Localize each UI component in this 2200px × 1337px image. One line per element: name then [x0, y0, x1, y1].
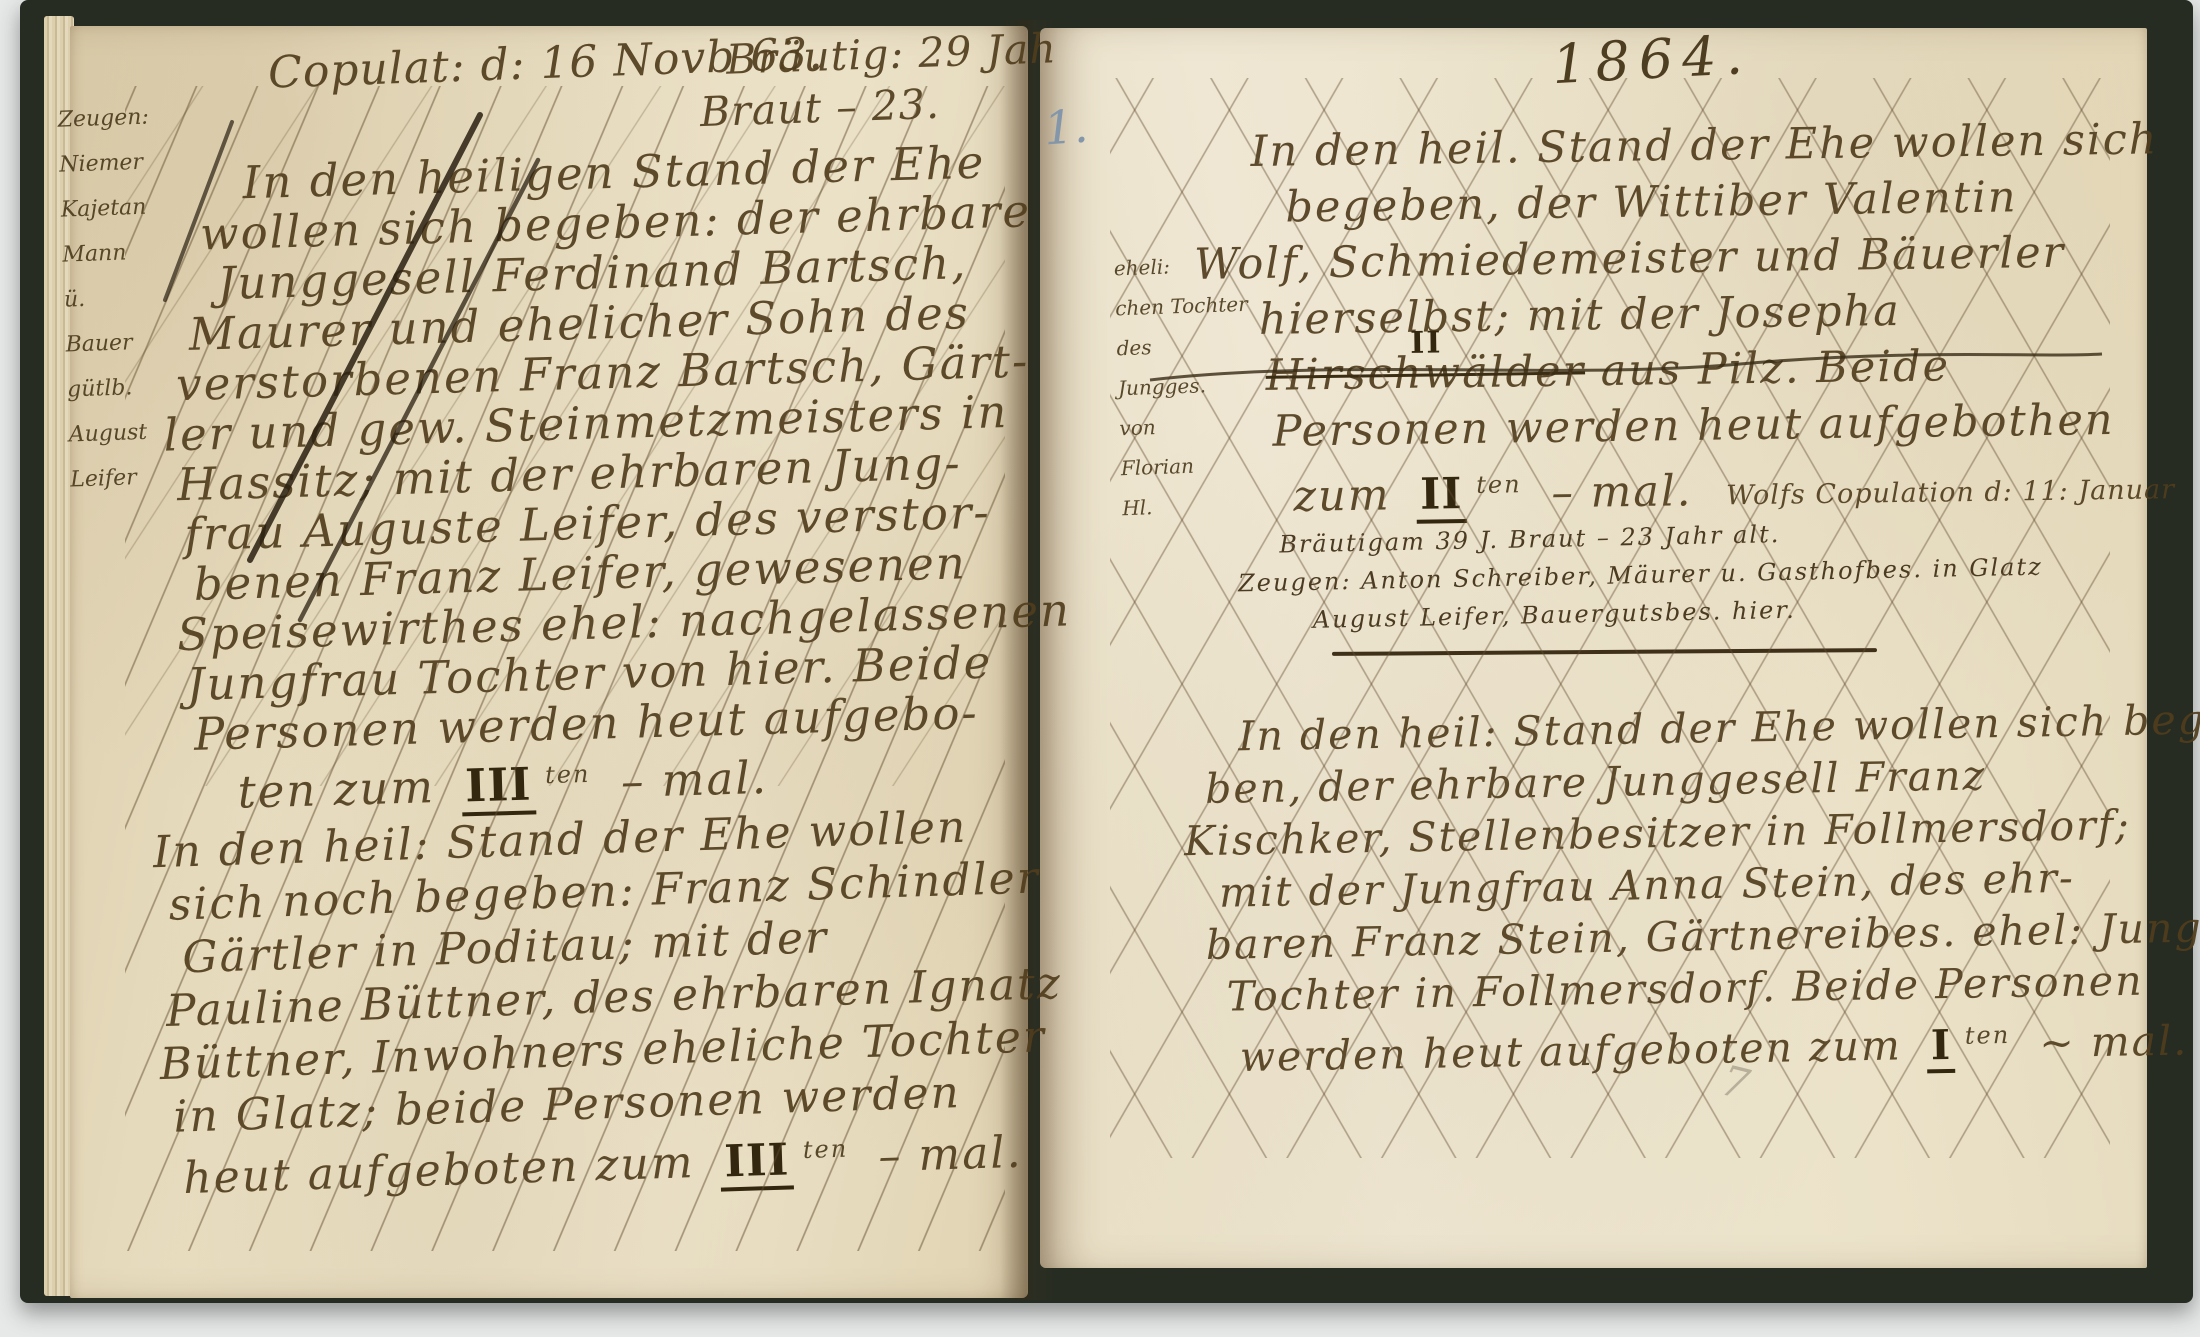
- margin-note: Niemer: [59, 140, 152, 188]
- margin-note: ü.: [63, 274, 156, 322]
- insertion-mark: II: [1410, 315, 1443, 371]
- margin-note: August: [68, 409, 161, 457]
- banns-count-numeral: III: [720, 1134, 794, 1191]
- line-suffix: aus Pilz. Beide: [1600, 341, 1950, 396]
- margin-note: Mann: [62, 229, 155, 277]
- left-banns-entry-2: In den heil: Stand der Ehe wollen sich n…: [152, 798, 1068, 1206]
- line-prefix: werden heut aufgeboten zum: [1239, 1021, 1902, 1081]
- ordinal-suffix: ten: [802, 1135, 848, 1164]
- line-suffix: – mal.: [878, 1127, 1024, 1182]
- entry1-details: Bräutigam 39 J. Braut – 23 Jahr alt. Zeu…: [1237, 510, 2044, 641]
- left-margin-notes: Zeugen: Niemer Kajetan Mann ü. Bauer güt…: [57, 95, 162, 503]
- ordinal-suffix: ten: [1476, 470, 1522, 499]
- banns-count-numeral: II: [1416, 469, 1467, 524]
- line-prefix: zum: [1293, 470, 1391, 521]
- banns-count-numeral: III: [460, 757, 536, 816]
- margin-note: gütlb.: [66, 364, 159, 412]
- line-suffix: – mal.: [620, 751, 768, 808]
- margin-note: Bauer: [65, 319, 158, 367]
- line-suffix: ~ mal.: [2039, 1016, 2189, 1067]
- scanned-register-book: Copulat: d: 16 Novb 63. Bräutig: 29 Jah …: [0, 0, 2200, 1337]
- entry-number: 1.: [1042, 99, 1090, 156]
- banns-count-numeral: I: [1926, 1021, 1955, 1073]
- margin-note: Zeugen:: [57, 95, 150, 143]
- line-prefix: ten zum: [237, 760, 436, 818]
- bride-age-header: Braut – 23.: [699, 80, 940, 136]
- line-suffix: – mal.: [1551, 466, 1693, 518]
- left-banns-entry-1: In den heiligen Stand der Ehe wollen sic…: [156, 136, 1076, 820]
- margin-note: Kajetan: [60, 184, 153, 232]
- year-header: 1864.: [1550, 23, 1753, 96]
- right-banns-entry-1: In den heil. Stand der Ehe wollen sich b…: [1192, 111, 2175, 532]
- right-banns-entry-2: In den heil: Stand der Ehe wollen sich b…: [1182, 693, 2200, 1084]
- ordinal-suffix: ten: [545, 760, 591, 789]
- copulation-note: Wolfs Copulation d: 11: Januar: [1726, 474, 2175, 511]
- ordinal-suffix: ten: [1965, 1021, 2011, 1050]
- margin-note: Leifer: [70, 454, 163, 502]
